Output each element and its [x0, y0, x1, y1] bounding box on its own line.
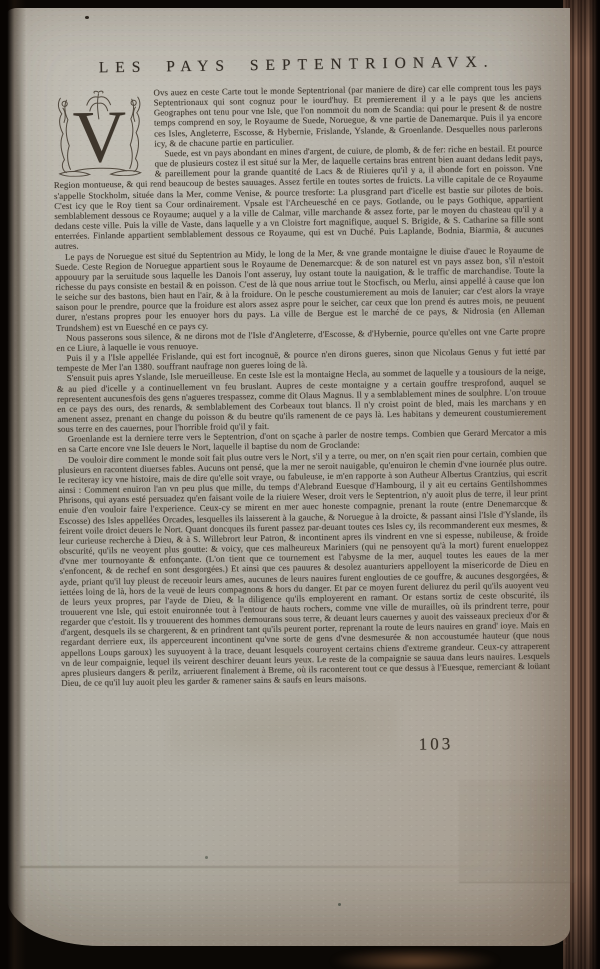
- page-number: 103: [419, 734, 454, 754]
- binding-below-page: [330, 948, 500, 969]
- gutter-shadow: [0, 0, 26, 969]
- paper-speck: [85, 16, 89, 19]
- opening-paragraph: V Ovs auez en ceste Carte tout le monde …: [52, 82, 542, 150]
- text-block: LES PAYS SEPTENTRIONAVX.: [52, 53, 551, 760]
- svg-text:V: V: [72, 96, 127, 177]
- book-photo: LES PAYS SEPTENTRIONAVX.: [0, 0, 600, 969]
- paragraph: S'ensuit puis apres Yslande, Isle meruei…: [57, 366, 547, 434]
- body-paragraphs: Suede, est vn pays abondant en mines d'a…: [53, 143, 550, 688]
- paper-speck: [338, 903, 341, 906]
- paragraph: De vouloir dire comment le monde soit fa…: [58, 447, 550, 688]
- drop-cap-ornament: V: [52, 89, 146, 177]
- fore-edge-shadow: [590, 0, 600, 969]
- paper-crease: [20, 866, 490, 868]
- opening-paragraph-text: Ovs auez en ceste Carte tout le monde Se…: [153, 82, 542, 149]
- paper-speck: [205, 856, 208, 859]
- paragraph: Le pays de Noruegue est situé du Septent…: [55, 244, 545, 332]
